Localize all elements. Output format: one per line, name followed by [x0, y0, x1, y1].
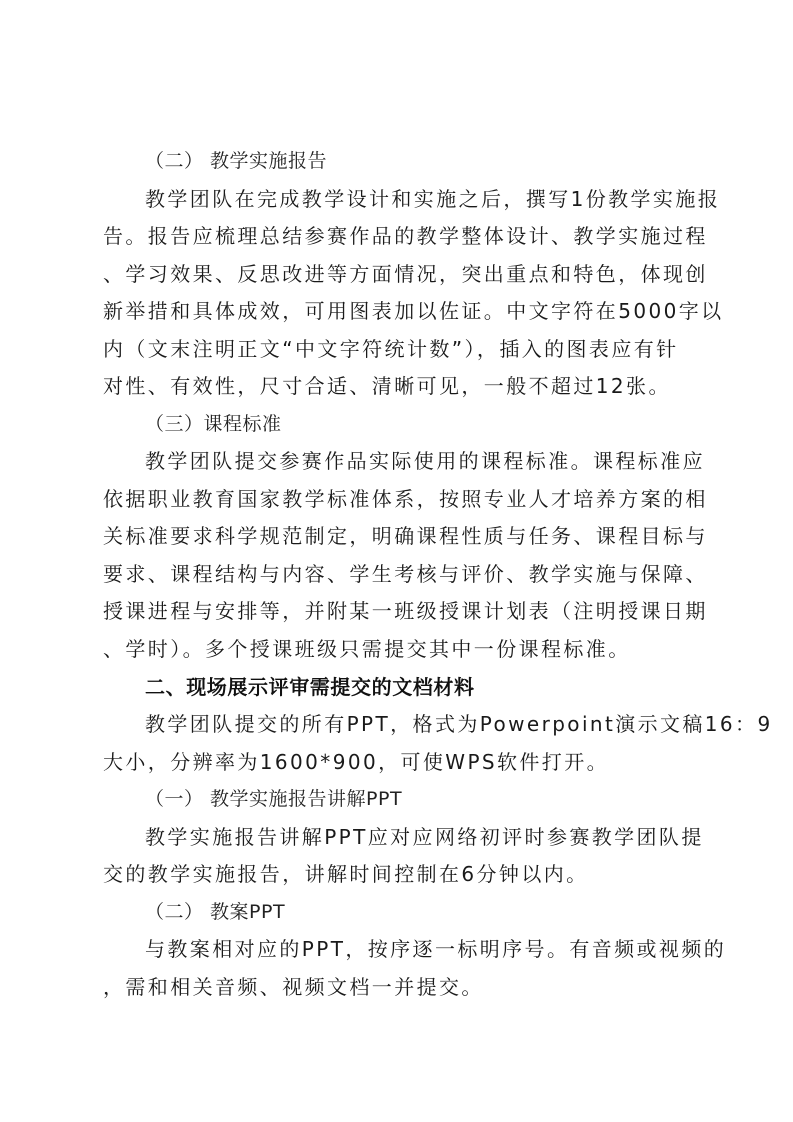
paragraph-line: 与教案相对应的PPT，按序逐一标明序号。有音频或视频的: [145, 934, 735, 964]
paragraph-line: 、学时）。多个授课班级只需提交其中一份课程标准。: [103, 634, 693, 664]
document-page: （二） 教学实施报告 教学团队在完成教学设计和实施之后，撰写1份教学实施报 告。…: [0, 0, 793, 1122]
paragraph-line: 教学团队提交的所有PPT，格式为Powerpoint演示文稿16：9: [145, 709, 735, 739]
paragraph-line: ，需和相关音频、视频文档一并提交。: [103, 972, 693, 1002]
paragraph-line: 教学团队提交参赛作品实际使用的课程标准。课程标准应: [145, 446, 735, 476]
subheading-teaching-report: （二） 教学实施报告: [145, 146, 735, 176]
paragraph-line: 内（文末注明正文“中文字符统计数”），插入的图表应有针: [103, 334, 693, 364]
paragraph-line: 关标准要求科学规范制定，明确课程性质与任务、课程目标与: [103, 521, 693, 551]
paragraph-line: 依据职业教育国家教学标准体系，按照专业人才培养方案的相: [103, 484, 693, 514]
paragraph-line: 授课进程与安排等，并附某一班级授课计划表（注明授课日期: [103, 596, 693, 626]
paragraph-line: 交的教学实施报告，讲解时间控制在6分钟以内。: [103, 859, 693, 889]
subheading-report-ppt: （一） 教学实施报告讲解PPT: [145, 784, 735, 814]
paragraph-line: 对性、有效性，尺寸合适、清晰可见，一般不超过12张。: [103, 371, 693, 401]
paragraph-line: 新举措和具体成效，可用图表加以佐证。中文字符在5000字以: [103, 296, 693, 326]
subheading-course-standard: （三）课程标准: [145, 409, 735, 439]
heading-onsite-materials: 二、现场展示评审需提交的文档材料: [145, 672, 735, 702]
paragraph-line: 、学习效果、反思改进等方面情况，突出重点和特色，体现创: [103, 259, 693, 289]
paragraph-line: 教学团队在完成教学设计和实施之后，撰写1份教学实施报: [145, 184, 735, 214]
subheading-lesson-plan-ppt: （二） 教案PPT: [145, 897, 735, 927]
paragraph-line: 教学实施报告讲解PPT应对应网络初评时参赛教学团队提: [145, 822, 735, 852]
paragraph-line: 要求、课程结构与内容、学生考核与评价、教学实施与保障、: [103, 559, 693, 589]
paragraph-line: 大小，分辨率为1600*900，可使WPS软件打开。: [103, 747, 693, 777]
paragraph-line: 告。报告应梳理总结参赛作品的教学整体设计、教学实施过程: [103, 221, 693, 251]
